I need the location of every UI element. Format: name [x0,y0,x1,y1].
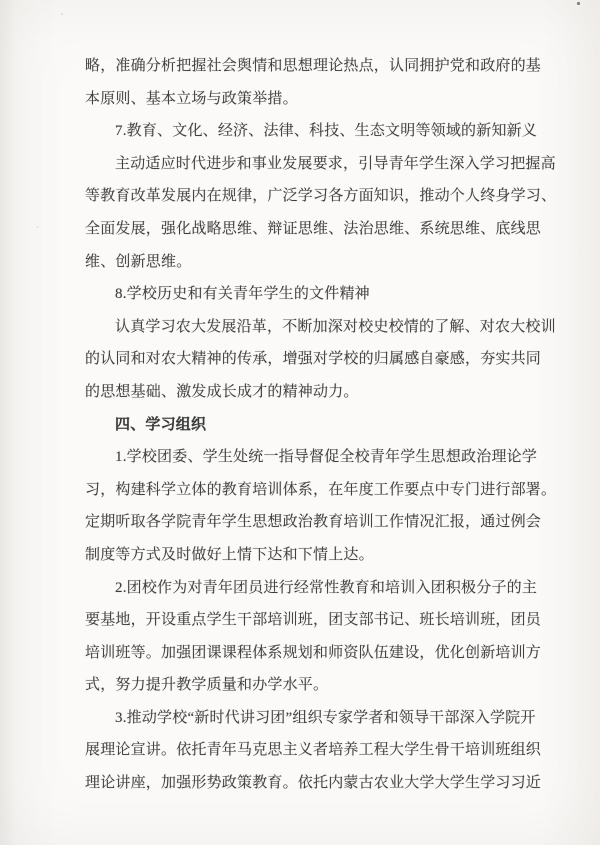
text-line: 略，准确分析把握社会舆情和思想理论热点，认同拥护党和政府的基 [85,50,545,83]
scan-speck [577,2,580,5]
text-line: 2.团校作为对青年团员进行经常性教育和培训入团积极分子的主 [85,572,545,605]
text-line: 维、创新思维。 [85,246,545,279]
section-heading: 四、学习组织 [85,409,545,442]
text-line: 式，努力提升教学质量和办学水平。 [85,669,545,702]
text-line: 理论讲座，加强形势政策教育。依托内蒙古农业大学大学生学习习近 [85,767,545,800]
scan-speck [61,13,63,15]
document-page: 略，准确分析把握社会舆情和思想理论热点，认同拥护党和政府的基 本原则、基本立场与… [0,0,600,845]
text-line: 等教育改革发展内在规律，广泛学习各方面知识，推动个人终身学习、 [85,180,545,213]
text-line: 3.推动学校“新时代讲习团”组织专家学者和领导干部深入学院开 [85,702,545,735]
text-line: 制度等方式及时做好上情下达和下情上达。 [85,539,545,572]
text-line: 的认同和对农大精神的传承，增强对学校的归属感自豪感，夯实共同 [85,343,545,376]
text-line: 培训班等。加强团课课程体系规划和师资队伍建设，优化创新培训方 [85,637,545,670]
text-line: 主动适应时代进步和事业发展要求，引导青年学生深入学习把握高 [85,148,545,181]
text-line: 本原则、基本立场与政策举措。 [85,83,545,116]
text-line: 的思想基础、激发成长成才的精神动力。 [85,376,545,409]
text-line: 展理论宣讲。依托青年马克思主义者培养工程大学生骨干培训班组织 [85,734,545,767]
text-line: 习，构建科学立体的教育培训体系，在年度工作要点中专门进行部署。 [85,474,545,507]
scan-speck [36,226,39,228]
text-line: 7.教育、文化、经济、法律、科技、生态文明等领域的新知新义 [85,115,545,148]
text-line: 认真学习农大发展沿革，不断加深对校史校情的了解、对农大校训 [85,311,545,344]
text-line: 1.学校团委、学生处统一指导督促全校青年学生思想政治理论学 [85,441,545,474]
text-line: 全面发展，强化战略思维、辩证思维、法治思维、系统思维、底线思 [85,213,545,246]
text-line: 8.学校历史和有关青年学生的文件精神 [85,278,545,311]
document-body: 略，准确分析把握社会舆情和思想理论热点，认同拥护党和政府的基 本原则、基本立场与… [85,50,545,800]
text-line: 定期听取各学院青年学生思想政治教育培训工作情况汇报，通过例会 [85,506,545,539]
text-line: 要基地，开设重点学生干部培训班，团支部书记、班长培训班，团员 [85,604,545,637]
